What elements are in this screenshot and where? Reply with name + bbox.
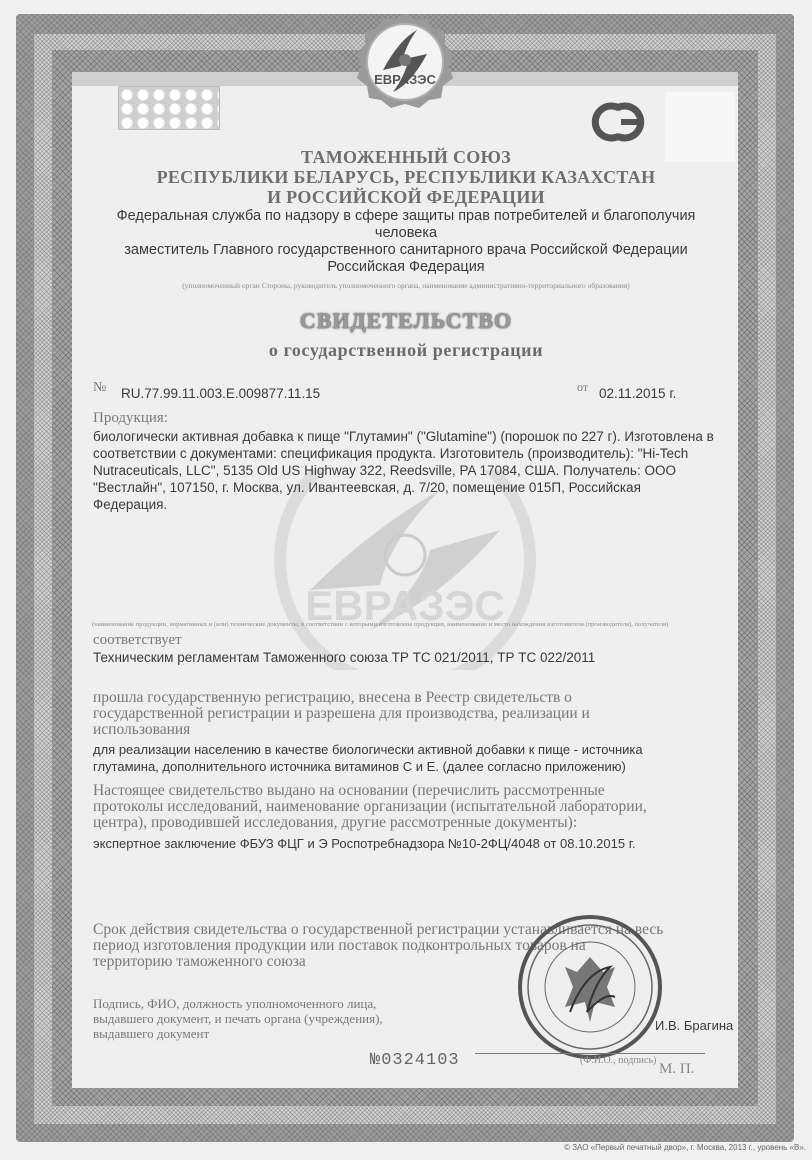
usage-line: глутамина, дополнительного источника вит…	[93, 758, 753, 775]
signature-caption-line: Подпись, ФИО, должность уполномоченного …	[93, 996, 453, 1011]
union-line: ТАМОЖЕННЫЙ СОЮЗ	[90, 147, 722, 167]
product-line: соответствии с документами: спецификация…	[93, 445, 753, 462]
issuing-agency: Федеральная служба по надзору в сфере за…	[90, 208, 722, 276]
statement-line: прошла государственную регистрацию, внес…	[93, 690, 727, 706]
blank-number: №0324103	[370, 1051, 460, 1070]
fio-caption: (Ф.И.О., подпись)	[580, 1055, 656, 1066]
signature-caption-line: выдавшего документ, и печать органа (учр…	[93, 1011, 453, 1026]
product-line: биологически активная добавка к пище "Гл…	[93, 428, 753, 445]
eurasec-emblem-icon: ЕВРАЗЭС	[355, 12, 455, 112]
basis-statement: Настоящее свидетельство выдано на основа…	[93, 783, 727, 831]
usage-text: для реализации населению в качестве биол…	[93, 741, 753, 775]
signature-caption-line: выдавшего документ	[93, 1026, 453, 1041]
svg-text:ЕВРАЗЭС: ЕВРАЗЭС	[374, 72, 436, 87]
certificate-subtitle: о государственной регистрации	[90, 340, 722, 361]
registration-statement: прошла государственную регистрацию, внес…	[93, 690, 727, 738]
product-line: Федерация.	[93, 496, 753, 513]
customs-union-heading: ТАМОЖЕННЫЙ СОЮЗ РЕСПУБЛИКИ БЕЛАРУСЬ, РЕС…	[90, 147, 722, 207]
union-line: И РОССИЙСКОЙ ФЕДЕРАЦИИ	[90, 187, 722, 207]
registration-date: 02.11.2015 г.	[599, 386, 676, 401]
signature-caption: Подпись, ФИО, должность уполномоченного …	[93, 996, 453, 1041]
product-line: "Вестлайн", 107150, г. Москва, ул. Ивант…	[93, 479, 753, 496]
basis-line: центра), проводившей исследования, други…	[93, 815, 727, 831]
statement-line: государственной регистрации и разрешена …	[93, 706, 727, 722]
statement-line: использования	[93, 722, 727, 738]
number-label: №	[93, 380, 106, 396]
hologram-strip	[118, 86, 220, 130]
conformity-text: Техническим регламентам Таможенного союз…	[93, 649, 753, 666]
signature-line	[475, 1053, 705, 1054]
certificate-title: СВИДЕТЕЛЬСТВО	[90, 308, 722, 334]
product-description: биологически активная добавка к пище "Гл…	[93, 428, 753, 513]
product-line: Nutraceuticals, LLC", 5135 Old US Highwa…	[93, 462, 753, 479]
agency-line: Российская Федерация	[90, 259, 722, 276]
usage-line: для реализации населению в качестве биол…	[93, 741, 753, 758]
product-caption: (наименование продукции, нормативных и (…	[92, 621, 732, 628]
se-mark-icon	[585, 100, 651, 144]
registration-row: № RU.77.99.11.003.Е.009877.11.15 от 02.1…	[93, 382, 713, 404]
union-line: РЕСПУБЛИКИ БЕЛАРУСЬ, РЕСПУБЛИКИ КАЗАХСТА…	[90, 167, 722, 187]
official-seal-icon	[515, 912, 665, 1062]
basis-document: экспертное заключение ФБУЗ ФЦГ и Э Роспо…	[93, 835, 753, 852]
date-label: от	[577, 380, 588, 395]
basis-line: протоколы исследований, наименование орг…	[93, 799, 727, 815]
agency-caption: (уполномоченный орган Стороны, руководит…	[90, 281, 722, 290]
basis-line: Настоящее свидетельство выдано на основа…	[93, 783, 727, 799]
printer-footer: © ЗАО «Первый печатный двор», г. Москва,…	[564, 1143, 806, 1152]
signer-name: И.В. Брагина	[655, 1018, 733, 1033]
registration-number: RU.77.99.11.003.Е.009877.11.15	[121, 386, 320, 401]
agency-line: заместитель Главного государственного са…	[90, 242, 722, 259]
seal-place-label: М. П.	[659, 1061, 694, 1078]
product-label: Продукция:	[93, 410, 168, 427]
agency-line: Федеральная служба по надзору в сфере за…	[90, 208, 722, 242]
conformity-label: соответствует	[93, 632, 182, 649]
